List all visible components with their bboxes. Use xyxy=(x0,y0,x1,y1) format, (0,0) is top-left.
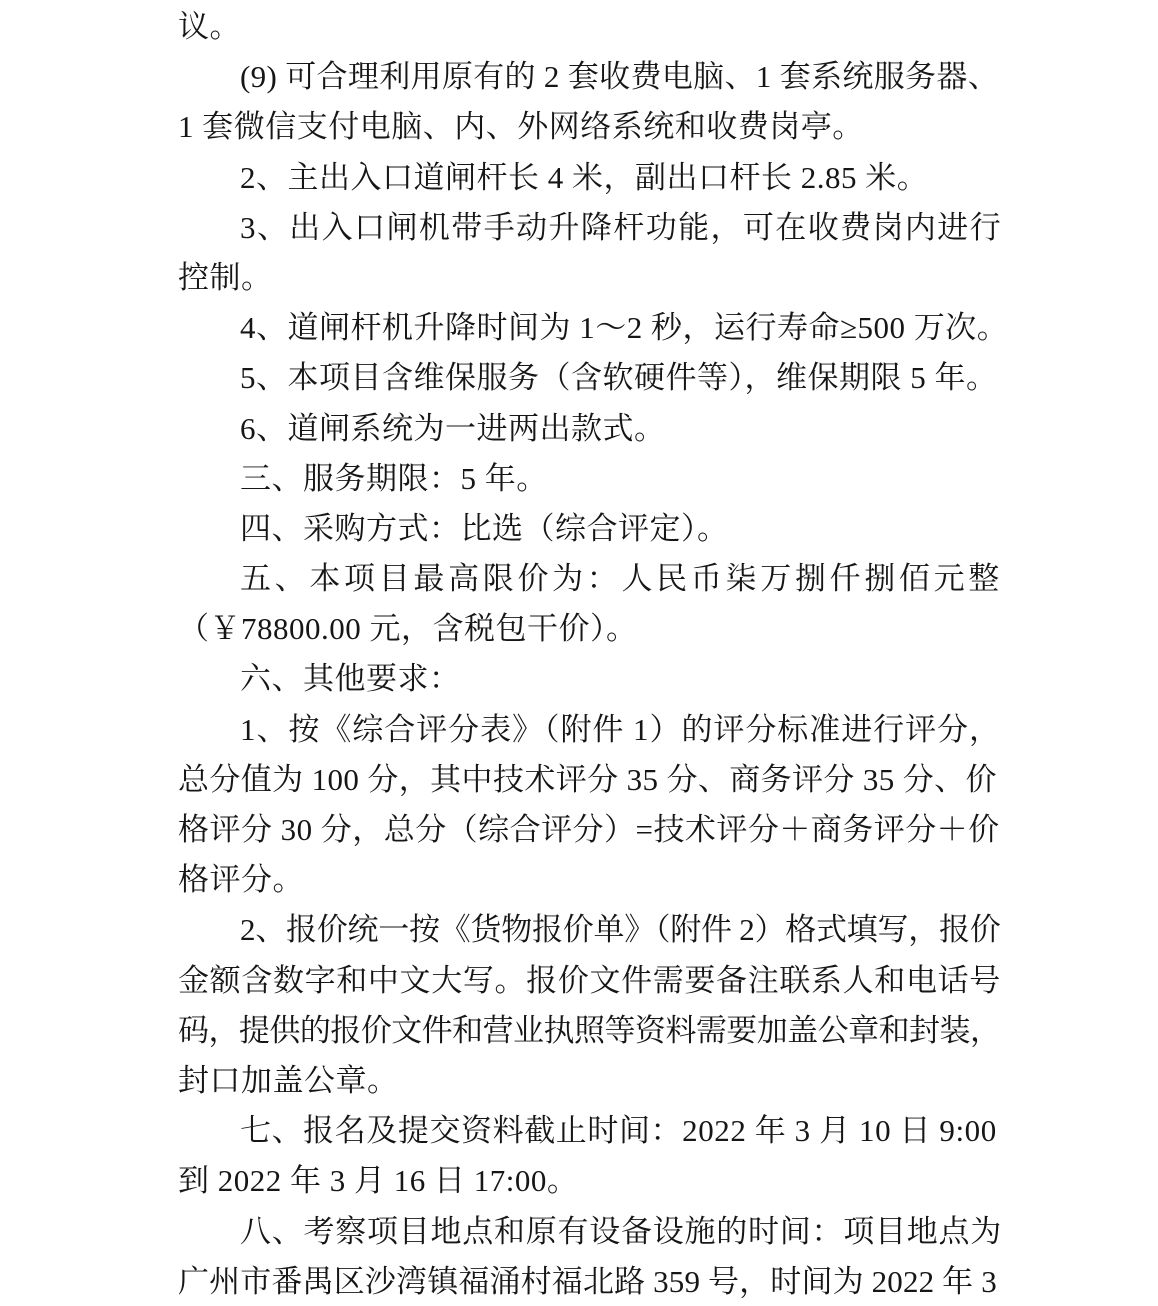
document-page: 议。 (9) 可合理利用原有的 2 套收费电脑、1 套系统服务器、 1 套微信支… xyxy=(0,0,1158,1306)
doc-line-text: (9) 可合理利用原有的 2 套收费电脑、1 套系统服务器、 xyxy=(240,52,999,102)
doc-line-text: 五、本项目最高限价为：人民币柒万捌仟捌佰元整 xyxy=(240,554,1003,604)
doc-line: （￥78800.00 元，含税包干价）。 xyxy=(178,604,1014,654)
doc-line: 六、其他要求： xyxy=(178,654,1014,704)
doc-line: 到 2022 年 3 月 16 日 17:00。 xyxy=(178,1156,1014,1206)
doc-line: 控制。 xyxy=(178,253,1014,303)
doc-line: 3、出入口闸机带手动升降杆功能，可在收费岗内进行 xyxy=(178,203,1014,253)
doc-line: (9) 可合理利用原有的 2 套收费电脑、1 套系统服务器、 xyxy=(178,52,1014,102)
doc-line-text: 4、道闸杆机升降时间为 1～2 秒，运行寿命≥500 万次。 xyxy=(240,303,1008,353)
doc-line-text: （￥78800.00 元，含税包干价）。 xyxy=(178,604,638,654)
doc-line-text: 5、本项目含维保服务（含软硬件等），维保期限 5 年。 xyxy=(240,353,998,403)
doc-line-text: 六、其他要求： xyxy=(240,654,461,704)
doc-line: 码，提供的报价文件和营业执照等资料需要加盖公章和封装， xyxy=(178,1006,1014,1056)
doc-line: 封口加盖公章。 xyxy=(178,1056,1014,1106)
doc-line-text: 2、主出入口道闸杆长 4 米，副出口杆长 2.85 米。 xyxy=(240,153,928,203)
doc-line: 四、采购方式：比选（综合评定）。 xyxy=(178,504,1014,554)
doc-line-text: 总分值为 100 分，其中技术评分 35 分、商务评分 35 分、价 xyxy=(178,755,997,805)
doc-line-text: 6、道闸系统为一进两出款式。 xyxy=(240,404,666,454)
doc-line-text: 广州市番禺区沙湾镇福涌村福北路 359 号，时间为 2022 年 3 xyxy=(178,1257,997,1306)
doc-line-text: 议。 xyxy=(178,2,241,52)
doc-line: 1、按《综合评分表》（附件 1）的评分标准进行评分， xyxy=(178,705,1014,755)
doc-line-text: 3、出入口闸机带手动升降杆功能，可在收费岗内进行 xyxy=(240,203,1002,253)
doc-line-text: 格评分。 xyxy=(178,855,304,905)
doc-line: 2、报价统一按《货物报价单》（附件 2）格式填写，报价 xyxy=(178,905,1014,955)
doc-line-text: 三、服务期限：5 年。 xyxy=(240,454,548,504)
doc-line: 金额含数字和中文大写。报价文件需要备注联系人和电话号 xyxy=(178,956,1014,1006)
doc-line: 6、道闸系统为一进两出款式。 xyxy=(178,404,1014,454)
doc-line: 格评分。 xyxy=(178,855,1014,905)
doc-line: 广州市番禺区沙湾镇福涌村福北路 359 号，时间为 2022 年 3 xyxy=(178,1257,1014,1306)
doc-line-text: 八、考察项目地点和原有设备设施的时间：项目地点为 xyxy=(240,1207,1002,1257)
doc-line-text: 1、按《综合评分表》（附件 1）的评分标准进行评分， xyxy=(240,705,1001,755)
doc-line: 1 套微信支付电脑、内、外网络系统和收费岗亭。 xyxy=(178,102,1014,152)
doc-line: 格评分 30 分，总分（综合评分）=技术评分＋商务评分＋价 xyxy=(178,805,1014,855)
doc-line: 5、本项目含维保服务（含软硬件等），维保期限 5 年。 xyxy=(178,353,1014,403)
doc-line: 总分值为 100 分，其中技术评分 35 分、商务评分 35 分、价 xyxy=(178,755,1014,805)
doc-line-text: 2、报价统一按《货物报价单》（附件 2）格式填写，报价 xyxy=(240,905,1001,955)
doc-line: 三、服务期限：5 年。 xyxy=(178,454,1014,504)
doc-line: 五、本项目最高限价为：人民币柒万捌仟捌佰元整 xyxy=(178,554,1014,604)
doc-line: 2、主出入口道闸杆长 4 米，副出口杆长 2.85 米。 xyxy=(178,153,1014,203)
doc-line: 4、道闸杆机升降时间为 1～2 秒，运行寿命≥500 万次。 xyxy=(178,303,1014,353)
doc-line: 八、考察项目地点和原有设备设施的时间：项目地点为 xyxy=(178,1207,1014,1257)
document-body: 议。 (9) 可合理利用原有的 2 套收费电脑、1 套系统服务器、 1 套微信支… xyxy=(178,2,1014,1306)
doc-line-text: 四、采购方式：比选（综合评定）。 xyxy=(240,504,729,554)
doc-line: 议。 xyxy=(178,2,1014,52)
doc-line-text: 1 套微信支付电脑、内、外网络系统和收费岗亭。 xyxy=(178,102,864,152)
doc-line-text: 控制。 xyxy=(178,253,273,303)
doc-line-text: 码，提供的报价文件和营业执照等资料需要加盖公章和封装， xyxy=(178,1006,1000,1056)
doc-line: 七、报名及提交资料截止时间：2022 年 3 月 10 日 9:00 xyxy=(178,1106,1014,1156)
doc-line-text: 金额含数字和中文大写。报价文件需要备注联系人和电话号 xyxy=(178,956,1001,1006)
doc-line-text: 格评分 30 分，总分（综合评分）=技术评分＋商务评分＋价 xyxy=(178,805,1000,855)
doc-line-text: 封口加盖公章。 xyxy=(178,1056,399,1106)
doc-line-text: 到 2022 年 3 月 16 日 17:00。 xyxy=(178,1156,578,1206)
doc-line-text: 七、报名及提交资料截止时间：2022 年 3 月 10 日 9:00 xyxy=(240,1106,997,1156)
